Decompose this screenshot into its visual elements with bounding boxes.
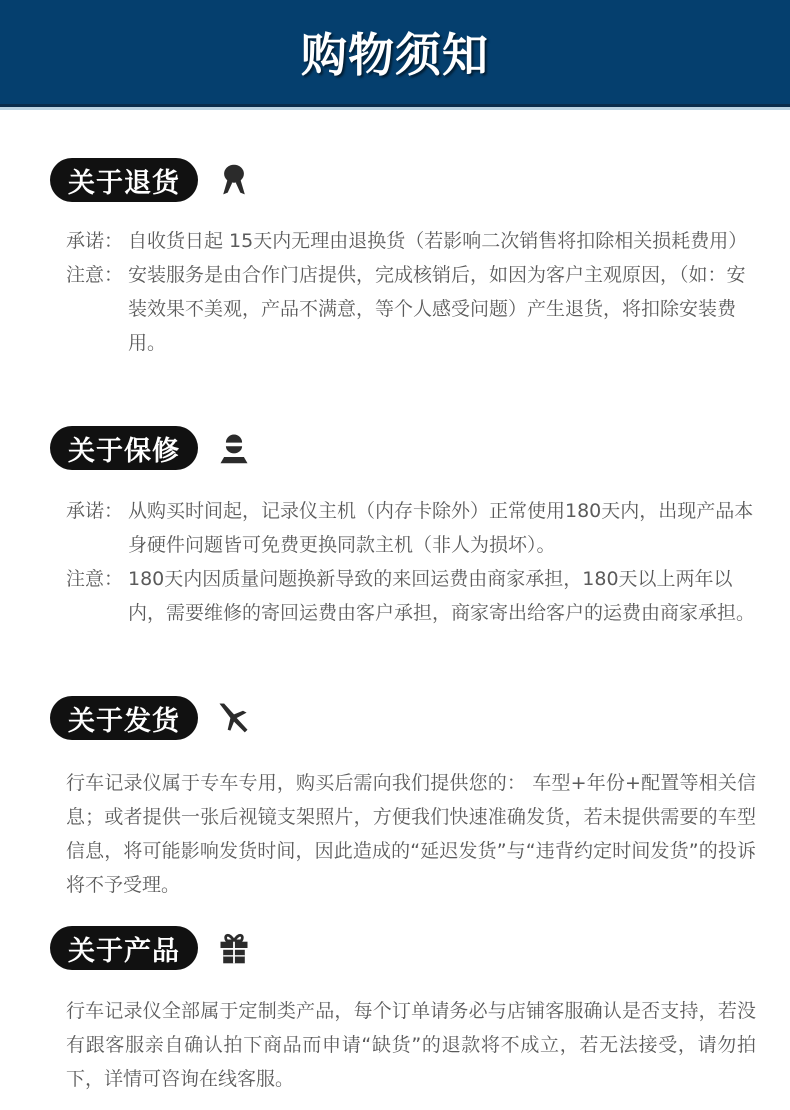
airplane-icon [214,698,254,738]
warranty-promise-label: 承诺： [66,494,128,562]
page-title: 购物须知 [301,19,489,85]
section-title-returns: 关于退货 [50,158,198,202]
section-warranty-body: 承诺： 从购买时间起，记录仪主机（内存卡除外）正常使用180天内，出现产品本身硬… [66,494,756,630]
section-title-shipping: 关于发货 [50,696,198,740]
warranty-promise: 承诺： 从购买时间起，记录仪主机（内存卡除外）正常使用180天内，出现产品本身硬… [66,494,756,562]
section-returns-body: 承诺： 自收货日起 15天内无理由退换货（若影响二次销售将扣除相关损耗费用） 注… [66,224,756,360]
header-divider [0,107,790,110]
page-header: 购物须知 [0,0,790,107]
section-returns-header: 关于退货 [50,158,254,202]
returns-note: 注意： 安装服务是由合作门店提供，完成核销后，如因为客户主观原因，（如：安装效果… [66,258,756,360]
returns-note-label: 注意： [66,258,128,360]
section-shipping-header: 关于发货 [50,696,254,740]
ribbon-award-icon [214,160,254,200]
section-title-product: 关于产品 [50,926,198,970]
section-warranty-header: 关于保修 [50,426,254,470]
returns-promise-text: 自收货日起 15天内无理由退换货（若影响二次销售将扣除相关损耗费用） [128,224,756,258]
repair-person-icon [214,428,254,468]
warranty-note: 注意： 180天内因质量问题换新导致的来回运费由商家承担，180天以上两年以内，… [66,562,756,630]
returns-promise: 承诺： 自收货日起 15天内无理由退换货（若影响二次销售将扣除相关损耗费用） [66,224,756,258]
returns-promise-label: 承诺： [66,224,128,258]
warranty-note-label: 注意： [66,562,128,630]
warranty-promise-text: 从购买时间起，记录仪主机（内存卡除外）正常使用180天内，出现产品本身硬件问题皆… [128,494,756,562]
section-title-warranty: 关于保修 [50,426,198,470]
section-product-header: 关于产品 [50,926,254,970]
returns-note-text: 安装服务是由合作门店提供，完成核销后，如因为客户主观原因，（如：安装效果不美观，… [128,258,756,360]
warranty-note-text: 180天内因质量问题换新导致的来回运费由商家承担，180天以上两年以内，需要维修… [128,562,756,630]
gift-icon [214,928,254,968]
section-shipping-body: 行车记录仪属于专车专用，购买后需向我们提供您的： 车型+年份+配置等相关信息；或… [66,766,756,902]
section-product-body: 行车记录仪全部属于定制类产品，每个订单请务必与店铺客服确认是否支持，若没有跟客服… [66,994,756,1096]
